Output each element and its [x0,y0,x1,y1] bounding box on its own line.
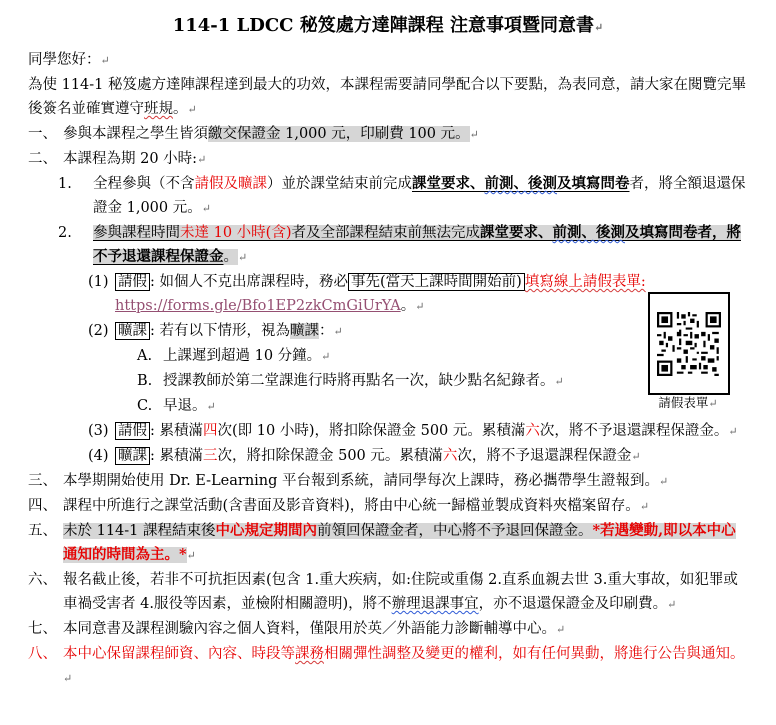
clause3-text: 次，將不予退還課程保證金。 [540,423,729,439]
qr-label-text: 請假表單 [658,395,708,410]
list-marker: 五、 [28,519,63,543]
itemA-text: 上課遲到超過 10 分鐘。 [163,348,321,364]
clause1-red-text: 填寫線上請假表單: [525,274,646,290]
list-marker: 六、 [28,568,63,592]
sub1-red-text: 請假及曠課 [195,176,268,192]
pilcrow-mark: ↵ [207,400,216,413]
list-marker: 四、 [28,494,63,518]
clause1-period: 。 [401,298,416,314]
list-marker: B. [137,369,163,393]
clause-4-absence-penalty: (4)曠課: 累積滿三次，將扣除保證金 500 元。累積滿六次，將不予退還課程保… [0,444,776,469]
pilcrow-mark: ↵ [188,103,197,116]
pilcrow-mark: ↵ [470,128,479,141]
sub2-bold-text: 及填寫問卷 [625,224,698,241]
list-marker: (3) [88,419,115,443]
list-item-3: 三、本學期開始使用 Dr. E-Learning 平台報到系統，請同學每次上課時… [0,469,776,494]
intro-spellcheck-text: 班規 [144,101,173,117]
sub1-bold-underline-text: 課堂要求、前測、後測及填寫問卷 [412,175,630,192]
list-item-8: 八、本中心保留課程師資、內容、時段等課務相關彈性調整及變更的權利，如有任何異動，… [0,642,776,691]
qr-code [648,292,730,395]
list-item-2: 二、本課程為期 20 小時:↵ [0,147,776,172]
item2-text: 本課程為期 20 小時: [63,151,197,167]
paragraph-greeting: 同學您好：↵ [0,48,776,73]
pilcrow-mark: ↵ [708,397,717,410]
sub1-bold-text: 課堂要求、 [412,175,485,192]
clause2-colon: ： [319,323,334,339]
qr-code-graphic [657,312,721,376]
intro-text: 為使 114-1 秘笈處方達陣課程達到最大的功效，本課程需要請同學配合以下要點，… [28,77,746,117]
boxed-label-absence: 曠課 [115,447,150,465]
clause-3-leave-penalty: (3)請假: 累積滿四次(即 10 小時)，將扣除保證金 500 元。累積滿六次… [0,419,776,444]
pilcrow-mark: ↵ [728,425,737,438]
leave-form-link[interactable]: https://forms.gle/Bfo1EP2zkCmGiUrYA [115,298,401,314]
clause2-highlighted-text: 曠課 [290,323,319,339]
pilcrow-mark: ↵ [202,202,211,215]
item6-text: ，亦不退還保證金及印刷費。 [479,596,668,612]
doc-title: 114-1 LDCC 秘笈處方達陣課程 注意事項暨同意書↵ [26,12,750,41]
clause4-text: 次，將不予退還課程保證金 [457,448,631,464]
doc-title-text: 114-1 LDCC 秘笈處方達陣課程 注意事項暨同意書 [173,15,594,36]
pilcrow-mark: ↵ [640,500,649,513]
pilcrow-mark: ↵ [594,21,603,34]
item5-red-bold-text: 中心規定期間內 [216,522,318,539]
sub2-period: 。 [224,249,239,265]
qr-code-label: 請假表單↵ [636,394,740,413]
pilcrow-mark: ↵ [415,300,424,313]
sub1-text: ）並於課堂結束前完成 [267,176,412,192]
boxed-label-leave: 請假 [115,273,150,291]
sub1-spellcheck-text: 前測、後測 [485,175,558,192]
pilcrow-mark: ↵ [667,598,676,611]
clause3-text: 次(即 10 小時)，將扣除保證金 500 元。累積滿 [218,423,526,439]
pilcrow-mark: ↵ [197,153,206,166]
sub1-bold-text: 及填寫問卷 [557,175,630,192]
itemC-text: 早退。 [163,398,207,414]
clause3-red-count: 六 [525,423,540,439]
pilcrow-mark: ↵ [334,325,343,338]
item8-red-text: 本中心保留課程師資、內容、時段等 [63,646,295,662]
clause1-text: : 如個人不克出席課程時，務必 [150,274,348,290]
sub-item-1: 1.全程參與（不含請假及曠課）並於課堂結束前完成課堂要求、前測、後測及填寫問卷者… [0,172,776,221]
document-page: 114-1 LDCC 秘笈處方達陣課程 注意事項暨同意書↵ 同學您好：↵ 為使 … [0,0,776,725]
list-marker: C. [137,394,163,418]
clause2-text: : 若有以下情形，視為 [150,323,290,339]
list-item-6: 六、報名截止後，若非不可抗拒因素(包含 1.重大疾病，如:住院或重傷 2.直系血… [0,568,776,617]
sub2-red-text: 未達 10 小時(含) [180,225,291,241]
greeting-text: 同學您好： [28,52,101,68]
sub2-highlighted-text: 參與課程時間未達 10 小時(含)者及全部課程結束前無法完成課堂要求、前測、後測… [93,225,741,265]
pilcrow-mark: ↵ [101,54,110,67]
sub2-text: 者及全部課程結束前無法完成 [291,225,480,241]
list-marker: 2. [58,221,93,245]
sub-item-2: 2.參與課程時間未達 10 小時(含)者及全部課程結束前無法完成課堂要求、前測、… [0,221,776,270]
list-marker: 二、 [28,147,63,171]
item8-red-text: 相關彈性調整及變更的權利，如有任何異動，將進行公告與通知。 [324,646,745,662]
list-marker: (4) [88,444,115,468]
item1-text: 參與本課程之學生皆須 [63,126,208,142]
item4-text: 課程中所進行之課堂活動(含書面及影音資料)，將由中心統一歸檔並製成資料夾檔案留存… [63,498,640,514]
boxed-label-absence: 曠課 [115,322,150,340]
clause4-red-count: 三 [203,448,218,464]
list-marker: 七、 [28,617,63,641]
pilcrow-mark: ↵ [187,549,196,562]
item5-text: 未於 114-1 課程結束後 [63,523,216,539]
item6-spellcheck-text: 辦理退課事宜 [392,596,479,612]
list-marker: (1) [88,270,115,294]
list-marker: 三、 [28,469,63,493]
list-item-7: 七、本同意書及課程測驗內容之個人資料，僅限用於英／外語能力診斷輔導中心。↵ [0,617,776,642]
pilcrow-mark: ↵ [555,375,564,388]
item5-highlighted-text: 未於 114-1 課程結束後中心規定期間內前領回保證金者，中心將不予退回保證金。… [63,523,736,563]
item8-spellcheck-text: 課務 [295,646,324,662]
itemB-text: 授課教師於第二堂課進行時將再點名一次，缺少點名紀錄者。 [163,373,555,389]
list-item-5: 五、未於 114-1 課程結束後中心規定期間內前領回保證金者，中心將不予退回保證… [0,519,776,568]
pilcrow-mark: ↵ [659,475,668,488]
sub2-bold-text: 課堂要求、 [480,224,553,241]
clause3-red-count: 四 [203,423,218,439]
pilcrow-mark: ↵ [63,672,72,685]
list-marker: 一、 [28,122,63,146]
list-marker: 八、 [28,642,63,666]
clause4-text: 次，將扣除保證金 500 元。累積滿 [218,448,443,464]
list-marker: 1. [58,172,93,196]
item3-text: 本學期開始使用 Dr. E-Learning 平台報到系統，請同學每次上課時，務… [63,473,659,489]
pilcrow-mark: ↵ [321,350,330,363]
sub1-text: 全程參與（不含 [93,176,195,192]
paragraph-intro: 為使 114-1 秘笈處方達陣課程達到最大的功效，本課程需要請同學配合以下要點，… [0,73,776,122]
item7-text: 本同意書及課程測驗內容之個人資料，僅限用於英／外語能力診斷輔導中心。 [63,621,556,637]
item1-highlighted-text: 繳交保證金 1,000 元，印刷費 100 元。 [208,126,470,142]
boxed-label-leave: 請假 [115,422,150,440]
pilcrow-mark: ↵ [556,623,565,636]
list-marker: (2) [88,319,115,343]
pilcrow-mark: ↵ [631,450,640,463]
clause3-text: : 累積滿 [150,423,203,439]
pilcrow-mark: ↵ [238,251,247,264]
list-item-1: 一、參與本課程之學生皆須繳交保證金 1,000 元，印刷費 100 元。↵ [0,122,776,147]
list-item-4: 四、課程中所進行之課堂活動(含書面及影音資料)，將由中心統一歸檔並製成資料夾檔案… [0,494,776,519]
sub2-spellcheck-text: 前測、後測 [552,224,625,241]
item5-text: 前領回保證金者，中心將不予退回保證金。 [317,523,593,539]
clause4-red-count: 六 [443,448,458,464]
boxed-label-in-advance: 事先(當天上課時間開始前) [348,273,525,291]
clause4-text: : 累積滿 [150,448,203,464]
sub2-text: 參與課程時間 [93,225,180,241]
intro-period: 。 [173,101,188,117]
list-marker: A. [137,344,163,368]
